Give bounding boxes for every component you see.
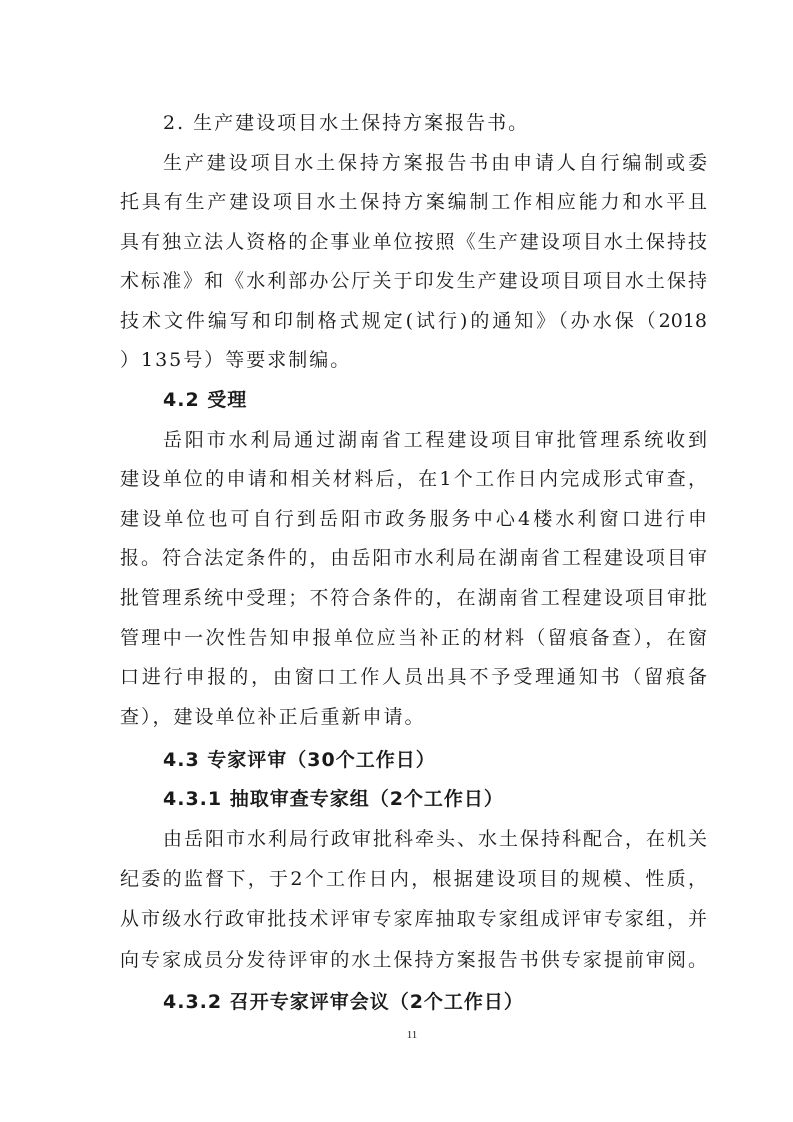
paragraph-line: 批管理系统中受理；不符合条件的，在湖南省工程建设项目审批 bbox=[120, 586, 707, 610]
paragraph-line: 向专家成员分发待评审的水土保持方案报告书供专家提前审阅。 bbox=[120, 948, 707, 972]
paragraph-line: 纪委的监督下，于2个工作日内，根据建设项目的规模、性质， bbox=[120, 867, 707, 891]
paragraph-line: 从市级水行政审批技术评审专家库抽取专家组成评审专家组，并 bbox=[120, 907, 707, 931]
paragraph-line: 查），建设单位补正后重新申请。 bbox=[120, 705, 707, 729]
section-heading-4-2: 4.2 受理 bbox=[163, 388, 247, 412]
paragraph-line: 技术文件编写和印制格式规定(试行)的通知》（办水保（2018 bbox=[120, 309, 707, 333]
document-page: 2. 生产建设项目水土保持方案报告书。 生产建设项目水土保持方案报告书由申请人自… bbox=[0, 0, 793, 1122]
paragraph-line: 由岳阳市水利局行政审批科牵头、水土保持科配合，在机关 bbox=[163, 827, 707, 851]
section-heading-4-3: 4.3 专家评审（30个工作日） bbox=[163, 748, 436, 772]
paragraph-line: 报。符合法定条件的，由岳阳市水利局在湖南省工程建设项目审 bbox=[120, 546, 707, 570]
list-item-report-book: 2. 生产建设项目水土保持方案报告书。 bbox=[163, 111, 529, 135]
paragraph-line: 口进行申报的，由窗口工作人员出具不予受理通知书（留痕备 bbox=[120, 665, 707, 689]
paragraph-line: 管理中一次性告知申报单位应当补正的材料（留痕备查），在窗 bbox=[120, 626, 707, 650]
paragraph-line: 生产建设项目水土保持方案报告书由申请人自行编制或委 bbox=[163, 151, 707, 175]
paragraph-line: ）135号）等要求制编。 bbox=[120, 348, 707, 372]
paragraph-line: 建设单位也可自行到岳阳市政务服务中心4楼水利窗口进行申 bbox=[120, 507, 707, 531]
page-number: 11 bbox=[400, 1028, 424, 1042]
paragraph-line: 建设单位的申请和相关材料后，在1个工作日内完成形式审查， bbox=[120, 467, 707, 491]
paragraph-line: 托具有生产建设项目水土保持方案编制工作相应能力和水平且 bbox=[120, 190, 707, 214]
section-heading-4-3-1: 4.3.1 抽取审查专家组（2个工作日） bbox=[163, 787, 504, 811]
paragraph-line: 术标准》和《水利部办公厅关于印发生产建设项目项目水土保持 bbox=[120, 269, 707, 293]
paragraph-line: 岳阳市水利局通过湖南省工程建设项目审批管理系统收到 bbox=[163, 428, 707, 452]
section-heading-4-3-2: 4.3.2 召开专家评审会议（2个工作日） bbox=[163, 990, 524, 1014]
paragraph-line: 具有独立法人资格的企事业单位按照《生产建设项目水土保持技 bbox=[120, 230, 707, 254]
